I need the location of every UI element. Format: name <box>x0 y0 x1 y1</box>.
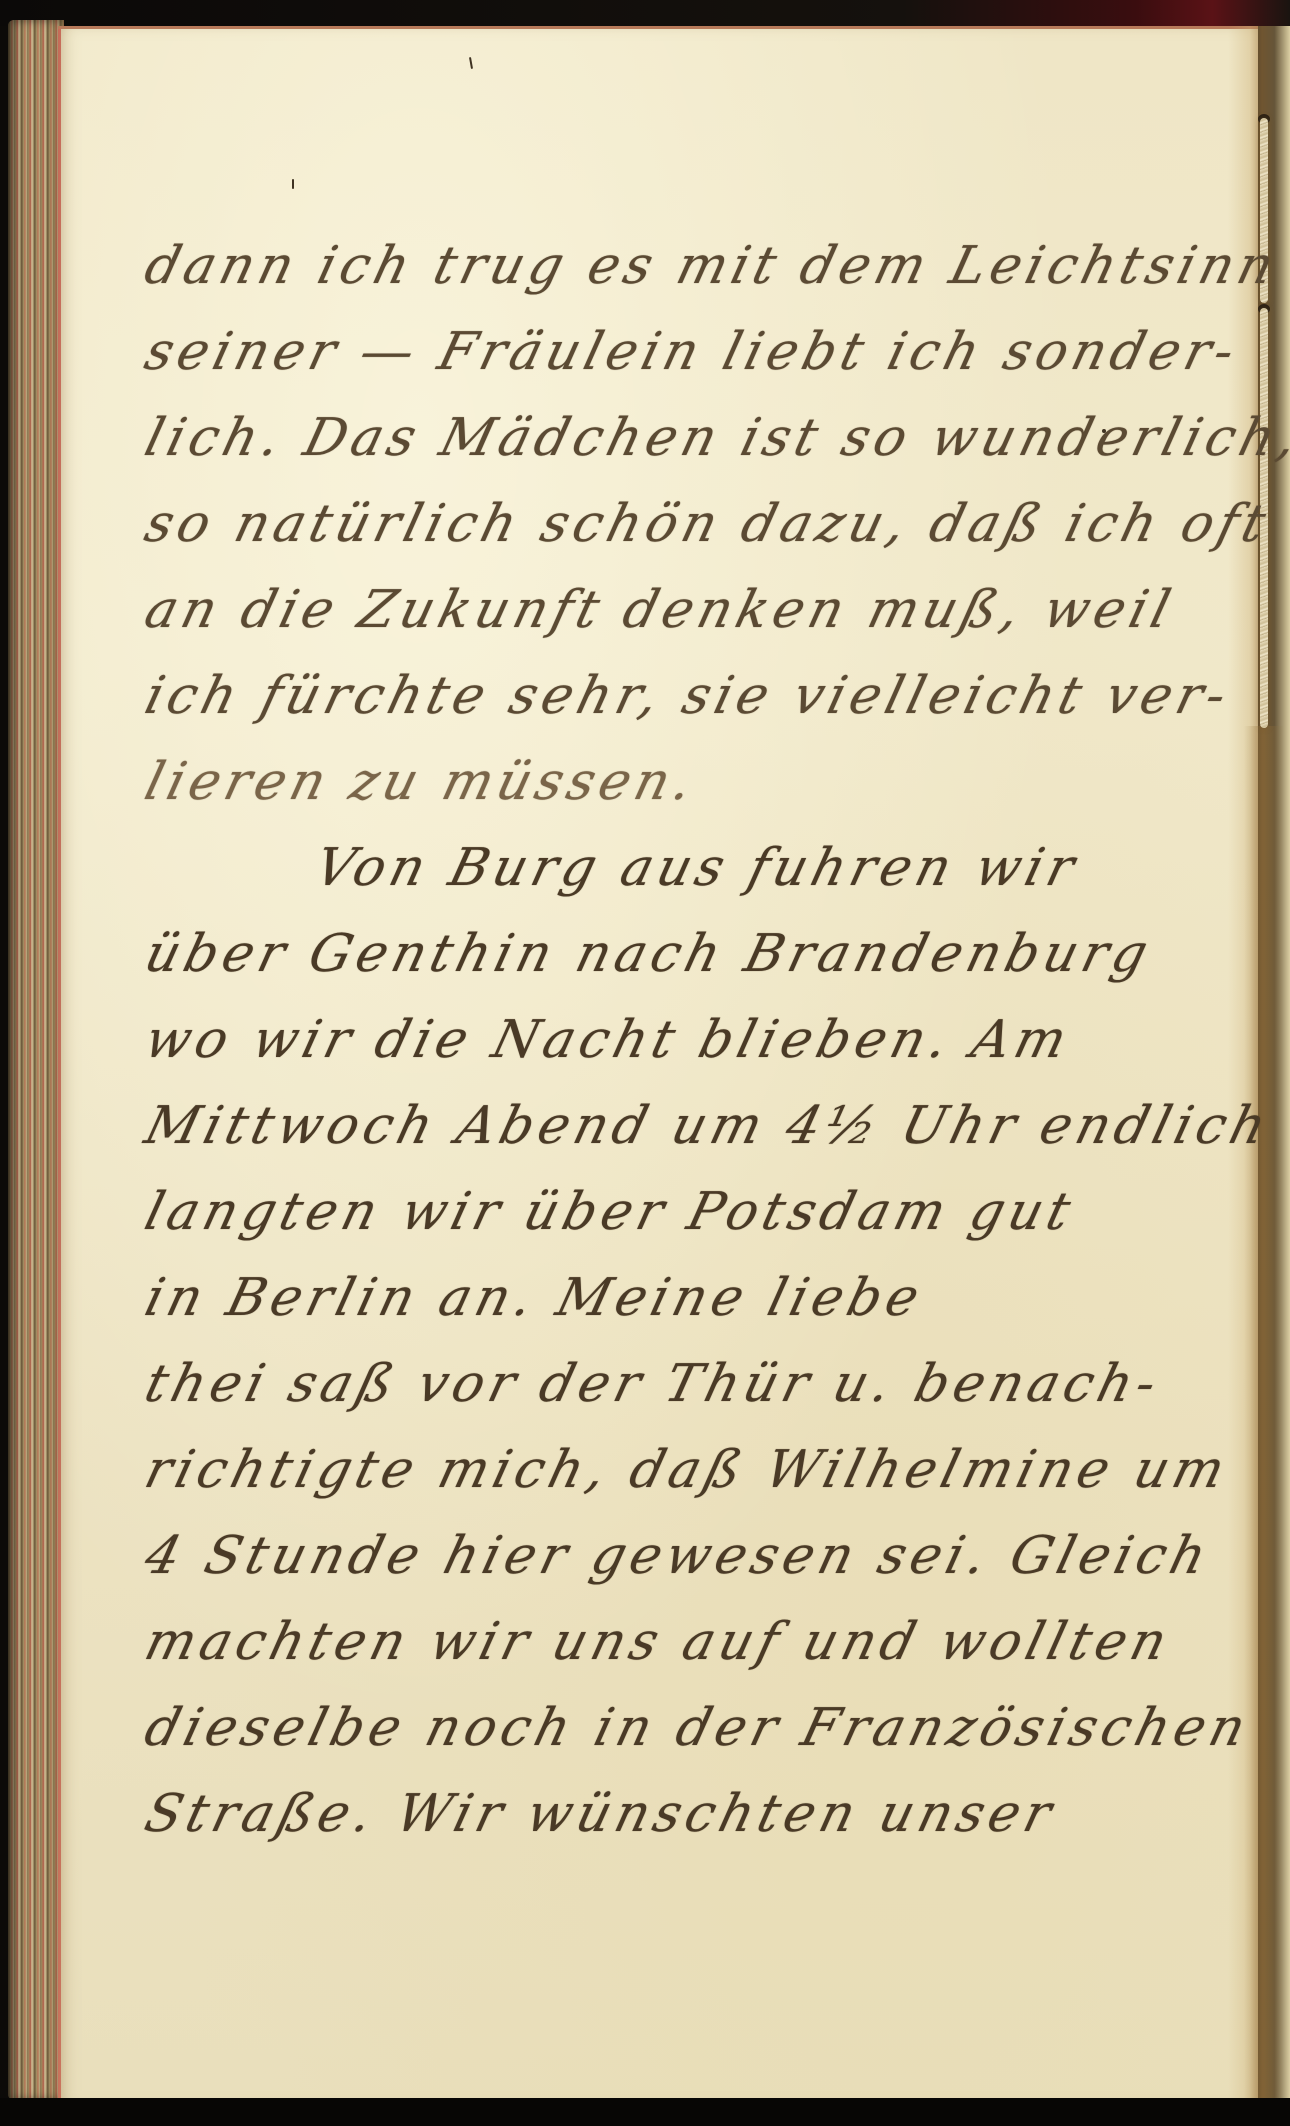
manuscript-line: so natürlich schön dazu, daß ich oft <box>140 498 1275 550</box>
manuscript-line: seiner — Fräulein liebt ich sonder- <box>140 326 1244 378</box>
manuscript-line: dann ich trug es mit dem Leichtsinn <box>140 240 1284 292</box>
manuscript-line: ich fürchte sehr, sie vielleicht ver- <box>140 670 1236 722</box>
ink-speck <box>292 179 294 189</box>
book-cover-top <box>0 0 1290 26</box>
manuscript-line: lieren zu müssen. <box>140 756 702 808</box>
manuscript-line: Straße. Wir wünschten unser <box>140 1788 1061 1840</box>
manuscript-line: richtigte mich, daß Wilhelmine um <box>140 1444 1234 1496</box>
book-cover-bottom <box>0 2098 1290 2126</box>
manuscript-line: an die Zukunft denken muß, weil <box>140 584 1180 636</box>
manuscript-line: über Genthin nach Brandenburg <box>140 928 1157 980</box>
manuscript-line: lich. Das Mädchen ist so wunderlich, <box>140 412 1290 464</box>
manuscript-line: dieselbe noch in der Französischen <box>140 1702 1255 1754</box>
manuscript-line: Von Burg aus fuhren wir <box>310 842 1084 894</box>
page-edges-stack <box>8 20 64 2100</box>
manuscript-line: wo wir die Nacht blieben. Am <box>140 1014 1076 1066</box>
manuscript-line: in Berlin an. Meine liebe <box>140 1272 929 1324</box>
manuscript-line: Mittwoch Abend um 4½ Uhr endlich <box>140 1100 1276 1152</box>
manuscript-line: machten wir uns auf und wollten <box>140 1616 1177 1668</box>
manuscript-line: 4 Stunde hier gewesen sei. Gleich <box>140 1530 1216 1582</box>
gutter-stain <box>1244 726 1284 2126</box>
manuscript-line: thei saß vor der Thür u. benach- <box>140 1358 1166 1410</box>
manuscript-line: langten wir über Potsdam gut <box>140 1186 1080 1238</box>
ink-speck <box>469 57 473 69</box>
